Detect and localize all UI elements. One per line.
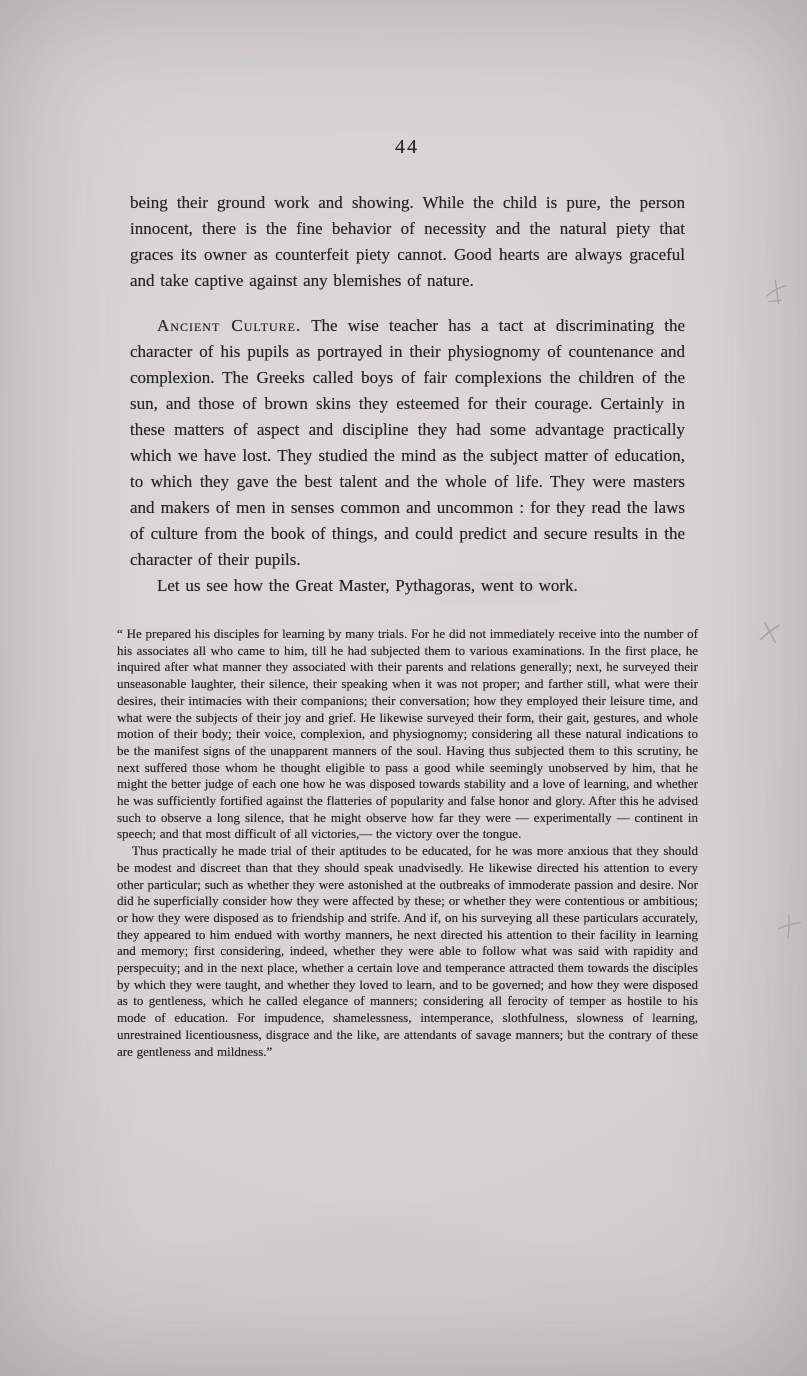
scanned-book-page: 44 being their ground work and showing. …: [0, 0, 807, 1376]
block-quote: “ He prepared his disciples for learning…: [117, 626, 698, 1060]
pencil-mark: [753, 616, 787, 650]
quote-paragraph-1: “ He prepared his disciples for learning…: [117, 626, 698, 843]
text-column: being their ground work and showing. Whi…: [117, 190, 698, 1060]
page-number: 44: [118, 136, 696, 159]
pencil-mark: [772, 908, 807, 945]
quote-paragraph-2: Thus practically he made trial of their …: [117, 843, 698, 1060]
paragraph-ancient-culture: Ancient Culture. The wise teacher has a …: [130, 313, 685, 573]
pencil-mark: [760, 273, 794, 310]
paragraph-pythagoras-intro: Let us see how the Great Master, Pythago…: [130, 573, 685, 599]
paragraph-continuation: being their ground work and showing. Whi…: [130, 190, 685, 294]
paper-show-through: [120, 1180, 620, 1300]
sidehead-ancient-culture: Ancient Culture.: [157, 316, 301, 335]
paragraph-ancient-culture-text: The wise teacher has a tact at discrimin…: [130, 316, 685, 569]
